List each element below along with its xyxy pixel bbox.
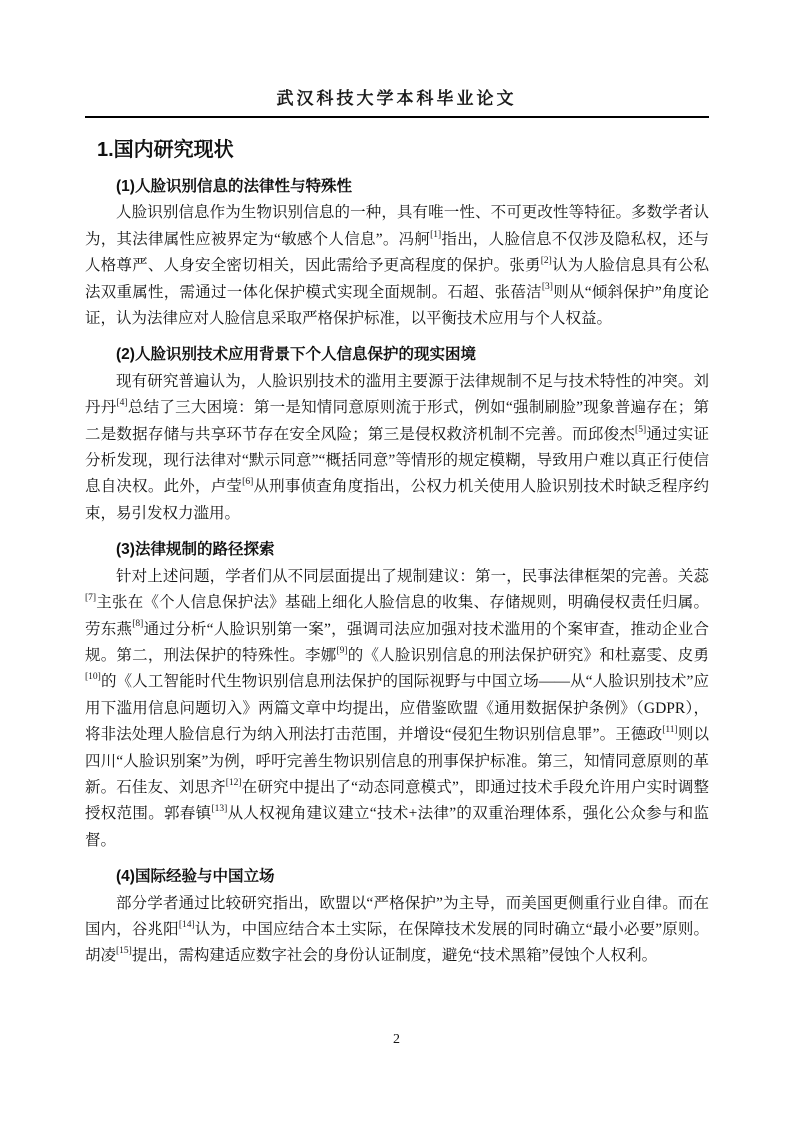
- subsection-heading-2: (2)人脸识别技术应用背景下个人信息保护的现实困境: [85, 342, 709, 368]
- citation-marker: [14]: [179, 920, 195, 930]
- page-number: 2: [393, 1032, 400, 1047]
- header-title: 武汉科技大学本科毕业论文: [0, 0, 793, 109]
- citation-marker: [10]: [85, 672, 101, 682]
- subsection-heading-1: (1)人脸识别信息的法律性与特殊性: [85, 174, 709, 200]
- paragraph-3: 针对上述问题，学者们从不同层面提出了规制建议：第一，民事法律框架的完善。关蕊[7…: [85, 564, 709, 854]
- header-divider: [85, 116, 709, 118]
- citation-marker: [1]: [430, 230, 441, 240]
- page-footer: 2: [0, 1032, 793, 1048]
- document-page: 武汉科技大学本科毕业论文 1.国内研究现状 (1)人脸识别信息的法律性与特殊性 …: [0, 0, 793, 1122]
- paragraph-4: 部分学者通过比较研究指出，欧盟以“严格保护”为主导，而美国更侧重行业自律。而在国…: [85, 891, 709, 970]
- citation-marker: [13]: [211, 804, 227, 814]
- citation-marker: [12]: [226, 778, 242, 788]
- citation-marker: [9]: [336, 646, 347, 656]
- citation-marker: [2]: [541, 256, 552, 266]
- citation-marker: [15]: [116, 946, 132, 956]
- section-title: 1.国内研究现状: [97, 137, 709, 164]
- page-header: 武汉科技大学本科毕业论文: [0, 0, 793, 118]
- document-body: 1.国内研究现状 (1)人脸识别信息的法律性与特殊性 人脸识别信息作为生物识别信…: [85, 137, 709, 970]
- citation-marker: [11]: [662, 725, 677, 735]
- citation-marker: [6]: [242, 477, 253, 487]
- paragraph-2: 现有研究普遍认为，人脸识别技术的滥用主要源于法律规制不足与技术特性的冲突。刘丹丹…: [85, 369, 709, 527]
- citation-marker: [3]: [542, 282, 553, 292]
- subsection-heading-4: (4)国际经验与中国立场: [85, 864, 709, 890]
- citation-marker: [4]: [117, 398, 128, 408]
- citation-marker: [7]: [85, 593, 96, 603]
- citation-marker: [8]: [132, 619, 143, 629]
- paragraph-1: 人脸识别信息作为生物识别信息的一种，具有唯一性、不可更改性等特征。多数学者认为，…: [85, 200, 709, 332]
- citation-marker: [5]: [635, 425, 646, 435]
- subsection-heading-3: (3)法律规制的路径探索: [85, 537, 709, 563]
